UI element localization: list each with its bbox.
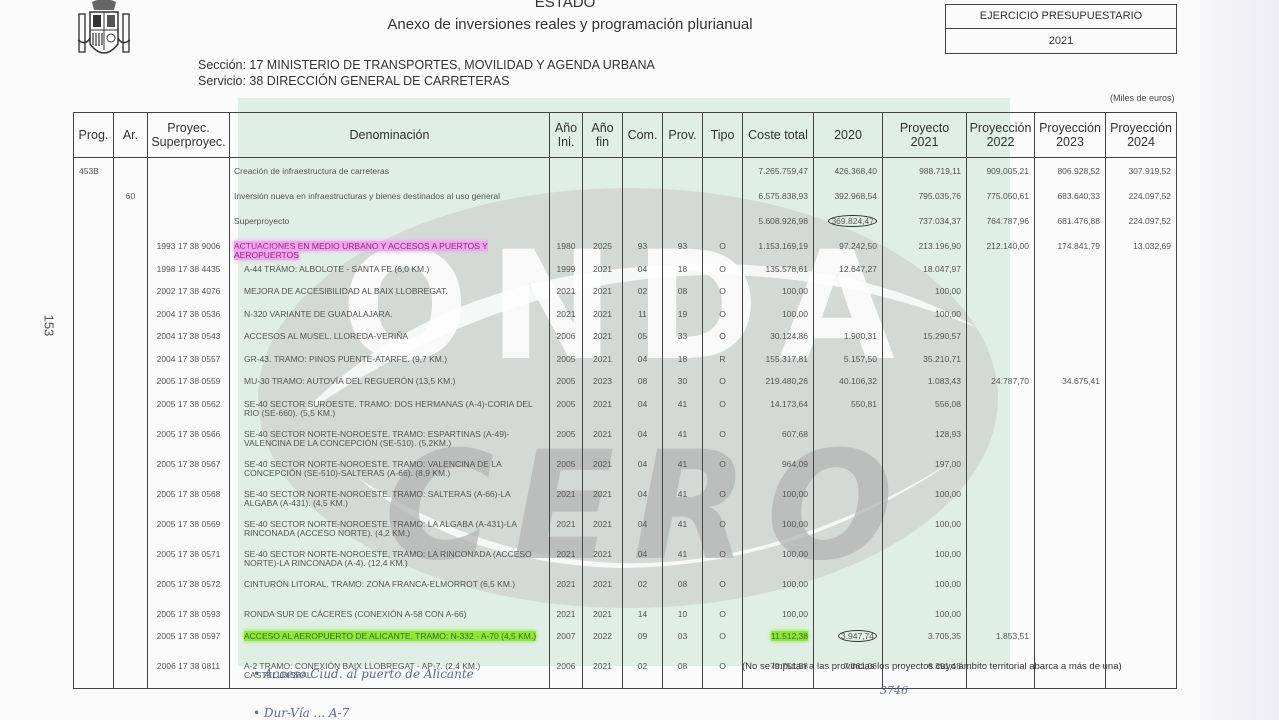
table-row: 2005 17 38 0566SE-40 SECTOR NORTE-NOROES… (74, 426, 1177, 456)
cell-com: 04 (623, 426, 663, 456)
value-prov: 41 (678, 519, 687, 529)
cell-proyec: 1993 17 38 9006 (148, 238, 230, 261)
cell-denom: SE-40 SECTOR NORTE-NOROESTE. TRAMO: LA R… (230, 546, 550, 576)
cell-p2022 (967, 283, 1035, 306)
cell-p2021: 128,93 (883, 426, 967, 456)
cell-fin: 2021 (583, 456, 623, 486)
cell-prov: 41 (663, 456, 703, 486)
cell-coste: 11.512,38 (743, 628, 814, 658)
cell-denom: MU-30 TRAMO: AUTOVÍA DEL REGUERÓN (13,5 … (230, 373, 550, 396)
cell-com: 04 (623, 351, 663, 374)
value-tipo: O (719, 399, 726, 409)
value-p2022: 775.050,61 (986, 191, 1029, 201)
cell-prog (74, 306, 114, 329)
cell-prov: 41 (663, 516, 703, 546)
cell-p2021: 100,00 (883, 606, 967, 629)
cell-ini (550, 158, 583, 189)
value-tipo: O (719, 376, 726, 386)
value-y2020: 392.968,54 (834, 191, 877, 201)
col-proyeccion-2023: Proyección2023 (1035, 113, 1106, 158)
cell-tipo: O (703, 606, 743, 629)
cell-y2020: 392.968,54 (814, 188, 883, 213)
denominacion-text: MU-30 TRAMO: AUTOVÍA DEL REGUERÓN (13,5 … (244, 376, 455, 386)
cell-fin (583, 213, 623, 238)
value-com: 04 (638, 519, 647, 529)
cell-prog (74, 606, 114, 629)
cell-denom: SE-40 SECTOR NORTE-NOROESTE. TRAMO: LA A… (230, 516, 550, 546)
value-com: 05 (638, 331, 647, 341)
value-coste: 6.575.838,93 (758, 191, 808, 201)
value-tipo: O (719, 609, 726, 619)
cell-proyec: 2005 17 38 0593 (148, 606, 230, 629)
investment-table: Prog. Ar. Proyec.Superproyec. Denominaci… (73, 112, 1177, 689)
cell-p2022 (967, 328, 1035, 351)
value-prov: 18 (678, 264, 687, 274)
cell-tipo: R (703, 351, 743, 374)
value-proyec: 2005 17 38 0597 (157, 631, 221, 641)
cell-prog (74, 426, 114, 456)
cell-proyec: 2004 17 38 0536 (148, 306, 230, 329)
cell-ini: 2021 (550, 486, 583, 516)
handwritten-note-3: 3746 (880, 684, 908, 697)
value-coste: 155.317,81 (765, 354, 808, 364)
table-row: 60Inversión nueva en infraestructuras y … (74, 188, 1177, 213)
cell-y2020: 550,81 (814, 396, 883, 426)
cell-p2023 (1035, 283, 1106, 306)
cell-fin: 2021 (583, 328, 623, 351)
value-com: 02 (638, 579, 647, 589)
value-p2024: 224.097,52 (1128, 216, 1171, 226)
cell-fin: 2021 (583, 546, 623, 576)
value-fin: 2021 (593, 331, 612, 341)
value-p2022: 24.787,70 (991, 376, 1029, 386)
cell-fin: 2021 (583, 576, 623, 606)
value-fin: 2021 (593, 459, 612, 469)
cell-ar: 60 (114, 188, 148, 213)
cell-ini: 2006 (550, 328, 583, 351)
value-coste: 100,00 (782, 549, 808, 559)
cell-ar (114, 516, 148, 546)
cell-p2022: 909.005,21 (967, 158, 1035, 189)
cell-com: 02 (623, 576, 663, 606)
table-row: 2004 17 38 0543ACCESOS AL MUSEL. LLOREDA… (74, 328, 1177, 351)
cell-p2022 (967, 516, 1035, 546)
denominacion-text: SE-40 SECTOR NORTE-NOROESTE. TRAMO: VALE… (244, 459, 501, 478)
cell-proyec: 2004 17 38 0543 (148, 328, 230, 351)
value-ini: 2007 (557, 631, 576, 641)
cell-denom: N-320 VARIANTE DE GUADALAJARA. (230, 306, 550, 329)
cell-p2021: 15.290,57 (883, 328, 967, 351)
denominacion-text: SE-40 SECTOR NORTE-NOROESTE. TRAMO: LA A… (244, 519, 517, 538)
value-proyec: 2006 17 38 0811 (157, 661, 220, 671)
cell-ini: 2021 (550, 606, 583, 629)
cell-ini: 2005 (550, 456, 583, 486)
cell-prog (74, 396, 114, 426)
value-coste: 100,00 (782, 519, 808, 529)
cell-p2023 (1035, 306, 1106, 329)
cell-com: 02 (623, 283, 663, 306)
cell-tipo: O (703, 373, 743, 396)
value-prov: 93 (678, 241, 687, 251)
value-coste: 100,00 (782, 286, 808, 296)
cell-ar (114, 606, 148, 629)
value-tipo: O (719, 579, 726, 589)
value-com: 04 (638, 429, 647, 439)
cell-p2021: 213.196,90 (883, 238, 967, 261)
cell-prog: 453B (74, 158, 114, 189)
cell-coste: 30.124,86 (743, 328, 814, 351)
cell-ar (114, 283, 148, 306)
cell-p2024: 224.097,52 (1106, 188, 1177, 213)
cell-ar (114, 306, 148, 329)
seccion-line: Sección: 17 MINISTERIO DE TRANSPORTES, M… (198, 58, 655, 72)
value-ini: 2006 (557, 661, 576, 671)
cell-ar (114, 628, 148, 658)
value-p2023: 683.640,33 (1057, 191, 1100, 201)
cell-ar (114, 261, 148, 284)
value-coste: 219.480,26 (765, 376, 808, 386)
table-row: 2005 17 38 0572CINTURÓN LITORAL. TRAMO: … (74, 576, 1177, 606)
cell-tipo (703, 188, 743, 213)
cell-proyec: 1998 17 38 4435 (148, 261, 230, 284)
cell-tipo: O (703, 283, 743, 306)
cell-prov: 41 (663, 546, 703, 576)
value-p2024: 13.032,69 (1133, 241, 1171, 251)
cell-prog (74, 213, 114, 238)
value-com: 04 (638, 399, 647, 409)
cell-proyec: 2005 17 38 0566 (148, 426, 230, 456)
cell-denom: SE-40 SECTOR SUROESTE. TRAMO: DOS HERMAN… (230, 396, 550, 426)
value-p2021: 128,93 (935, 429, 961, 439)
value-ini: 2021 (557, 309, 576, 319)
value-p2023: 174.841,79 (1057, 241, 1100, 251)
value-fin: 2023 (593, 376, 612, 386)
cell-fin: 2022 (583, 628, 623, 658)
handwritten-note-1: • Acceso Ciud. al puerto de Alicante (253, 667, 474, 681)
value-coste: 30.124,86 (770, 331, 808, 341)
cell-com: 04 (623, 261, 663, 284)
value-tipo: O (719, 519, 726, 529)
value-p2024: 224.097,52 (1128, 191, 1171, 201)
cell-denom: A-44 TRAMO: ALBOLOTE - SANTA FE (6,0 KM.… (230, 261, 550, 284)
cell-prog (74, 628, 114, 658)
cell-coste: 100,00 (743, 283, 814, 306)
cell-p2022 (967, 306, 1035, 329)
value-com: 93 (638, 241, 647, 251)
value-proyec: 1998 17 38 4435 (157, 264, 221, 274)
cell-prov: 93 (663, 238, 703, 261)
cell-p2021: 737.034,37 (883, 213, 967, 238)
cell-p2023: 34.675,41 (1035, 373, 1106, 396)
cell-tipo (703, 158, 743, 189)
table-row: 2005 17 38 0593RONDA SUR DE CÁCERES (CON… (74, 606, 1177, 629)
cell-ini: 1980 (550, 238, 583, 261)
value-coste: 1.153.169,19 (758, 241, 808, 251)
cell-ini (550, 213, 583, 238)
value-proyec: 2005 17 38 0571 (157, 549, 221, 559)
denominacion-text: GR-43. TRAMO: PINOS PUENTE-ATARFE. (9,7 … (244, 354, 447, 364)
value-com: 08 (638, 376, 647, 386)
cell-fin: 2021 (583, 396, 623, 426)
value-fin: 2021 (593, 519, 612, 529)
value-prov: 33 (678, 331, 687, 341)
cell-tipo: O (703, 546, 743, 576)
value-proyec: 2004 17 38 0536 (157, 309, 221, 319)
value-coste: 607,68 (782, 429, 808, 439)
value-p2021: 100,00 (935, 489, 961, 499)
value-ini: 2005 (557, 429, 576, 439)
ejercicio-year: 2021 (946, 29, 1176, 53)
cell-p2021: 3.705,35 (883, 628, 967, 658)
cell-com: 04 (623, 396, 663, 426)
value-fin: 2021 (593, 264, 612, 274)
cell-fin: 2025 (583, 238, 623, 261)
cell-p2023: 174.841,79 (1035, 238, 1106, 261)
cell-p2022 (967, 261, 1035, 284)
value-p2021: 3.705,35 (928, 631, 961, 641)
cell-y2020 (814, 606, 883, 629)
cell-p2023 (1035, 351, 1106, 374)
cell-fin: 2021 (583, 283, 623, 306)
value-proyec: 2005 17 38 0562 (157, 399, 221, 409)
cell-denom: SE-40 SECTOR NORTE-NOROESTE. TRAMO: VALE… (230, 456, 550, 486)
cell-proyec (148, 188, 230, 213)
value-y2020: 369.824,47 (828, 215, 877, 227)
cell-proyec: 2005 17 38 0559 (148, 373, 230, 396)
value-coste: 100,00 (782, 579, 808, 589)
cell-tipo: O (703, 238, 743, 261)
cell-tipo: O (703, 306, 743, 329)
cell-ar (114, 238, 148, 261)
cell-com: 05 (623, 328, 663, 351)
cell-p2024 (1106, 576, 1177, 606)
denominacion-text: MEJORA DE ACCESIBILIDAD AL BAIX LLOBREGA… (244, 286, 448, 296)
value-ini: 2005 (557, 399, 576, 409)
value-prov: 41 (678, 429, 687, 439)
cell-fin: 2021 (583, 306, 623, 329)
table-body: 453BCreación de infraestructura de carre… (74, 158, 1177, 689)
col-tipo: Tipo (703, 113, 743, 158)
cell-coste: 1.153.169,19 (743, 238, 814, 261)
value-com: 04 (638, 549, 647, 559)
cell-p2022 (967, 426, 1035, 456)
value-p2022: 212.140,00 (986, 241, 1029, 251)
cell-p2021: 100,00 (883, 516, 967, 546)
value-fin: 2021 (593, 399, 612, 409)
value-prov: 19 (678, 309, 687, 319)
cell-proyec (148, 213, 230, 238)
table-row: 2005 17 38 0559MU-30 TRAMO: AUTOVÍA DEL … (74, 373, 1177, 396)
cell-coste: 100,00 (743, 516, 814, 546)
cell-p2024 (1106, 261, 1177, 284)
table-row: 453BCreación de infraestructura de carre… (74, 158, 1177, 189)
col-anio-ini: AñoIni. (550, 113, 583, 158)
value-prov: 41 (678, 549, 687, 559)
cell-proyec: 2005 17 38 0562 (148, 396, 230, 426)
cell-p2024 (1106, 328, 1177, 351)
cell-p2021: 556,08 (883, 396, 967, 426)
cell-coste: 607,68 (743, 426, 814, 456)
value-p2021: 35.210,71 (923, 354, 961, 364)
value-fin: 2021 (593, 549, 612, 559)
ejercicio-label: EJERCICIO PRESUPUESTARIO (946, 5, 1176, 29)
cell-prog (74, 351, 114, 374)
cell-tipo (703, 213, 743, 238)
value-p2021: 100,00 (935, 286, 961, 296)
value-p2023: 34.675,41 (1062, 376, 1100, 386)
cell-prov: 41 (663, 396, 703, 426)
cell-coste: 100,00 (743, 486, 814, 516)
cell-prog (74, 188, 114, 213)
cell-prog (74, 546, 114, 576)
value-com: 02 (638, 286, 647, 296)
cell-p2023 (1035, 546, 1106, 576)
cell-tipo: O (703, 658, 743, 689)
cell-fin: 2023 (583, 373, 623, 396)
cell-coste: 5.608.926,98 (743, 213, 814, 238)
cell-prog (74, 328, 114, 351)
cell-com (623, 188, 663, 213)
table-row: 2005 17 38 0569SE-40 SECTOR NORTE-NOROES… (74, 516, 1177, 546)
table-row: 2002 17 38 4076MEJORA DE ACCESIBILIDAD A… (74, 283, 1177, 306)
value-proyec: 2005 17 38 0569 (157, 519, 221, 529)
cell-p2023: 806.928,52 (1035, 158, 1106, 189)
cell-ini (550, 188, 583, 213)
cell-p2022 (967, 486, 1035, 516)
cell-ar (114, 396, 148, 426)
cell-p2022: 764.787,96 (967, 213, 1035, 238)
cell-y2020 (814, 486, 883, 516)
cell-ini: 2021 (550, 283, 583, 306)
value-ini: 2021 (557, 549, 576, 559)
denominacion-text: ACTUACIONES EN MEDIO URBANO Y ACCESOS A … (234, 241, 488, 260)
cell-coste: 100,00 (743, 546, 814, 576)
value-p2022: 1.853,51 (996, 631, 1029, 641)
cell-prog (74, 238, 114, 261)
cell-y2020: 426.368,40 (814, 158, 883, 189)
cell-prov: 30 (663, 373, 703, 396)
value-p2021: 1.083,43 (928, 376, 961, 386)
cell-ini: 2007 (550, 628, 583, 658)
cell-com: 02 (623, 658, 663, 689)
value-p2024: 307.919,52 (1128, 166, 1171, 176)
cell-prov: 08 (663, 576, 703, 606)
cell-p2024 (1106, 486, 1177, 516)
cell-prog (74, 576, 114, 606)
cell-coste: 100,00 (743, 576, 814, 606)
cell-fin: 2021 (583, 426, 623, 456)
col-com: Com. (623, 113, 663, 158)
cell-denom: ACCESO AL AEROPUERTO DE ALICANTE. TRAMO:… (230, 628, 550, 658)
value-fin: 2021 (593, 661, 612, 671)
value-ini: 2005 (557, 376, 576, 386)
cell-p2024 (1106, 426, 1177, 456)
value-p2021: 988.719,11 (919, 166, 961, 176)
value-tipo: O (719, 459, 726, 469)
value-ini: 2005 (557, 354, 576, 364)
cell-p2021: 18.047,97 (883, 261, 967, 284)
cell-p2023 (1035, 576, 1106, 606)
cell-y2020 (814, 516, 883, 546)
cell-ini: 2005 (550, 351, 583, 374)
cell-ini: 1999 (550, 261, 583, 284)
value-prov: 03 (678, 631, 687, 641)
denominacion-text: Superproyecto (234, 216, 289, 226)
cell-y2020: 40.106,32 (814, 373, 883, 396)
cell-fin: 2021 (583, 516, 623, 546)
cell-p2022 (967, 606, 1035, 629)
col-proyeccion-2022: Proyección2022 (967, 113, 1035, 158)
value-p2021: 213.196,90 (918, 241, 961, 251)
value-coste: 100,00 (782, 609, 808, 619)
cell-p2023 (1035, 628, 1106, 658)
cell-p2022: 24.787,70 (967, 373, 1035, 396)
denominacion-text: RONDA SUR DE CÁCERES (CONEXIÓN A-58 CON … (244, 609, 466, 619)
value-y2020: 550,81 (851, 399, 877, 409)
value-prov: 08 (678, 579, 687, 589)
cell-fin (583, 158, 623, 189)
table-row: 2005 17 38 0571SE-40 SECTOR NORTE-NOROES… (74, 546, 1177, 576)
value-tipo: O (719, 241, 726, 251)
col-denominacion: Denominación (230, 113, 550, 158)
cell-ar (114, 456, 148, 486)
page-edge-shadow (1200, 0, 1279, 720)
cell-proyec: 2002 17 38 4076 (148, 283, 230, 306)
cell-coste: 135.578,61 (743, 261, 814, 284)
value-fin: 2025 (593, 241, 612, 251)
denominacion-text: SE-40 SECTOR SUROESTE. TRAMO: DOS HERMAN… (244, 399, 532, 418)
cell-p2022 (967, 546, 1035, 576)
value-p2021: 100,00 (935, 309, 961, 319)
cell-coste: 155.317,81 (743, 351, 814, 374)
cell-p2021: 35.210,71 (883, 351, 967, 374)
units-note: (Miles de euros) (1110, 93, 1175, 103)
cell-tipo: O (703, 456, 743, 486)
cell-p2021: 100,00 (883, 306, 967, 329)
value-p2021: 556,08 (935, 399, 961, 409)
value-com: 04 (638, 264, 647, 274)
table-row: 2005 17 38 0562SE-40 SECTOR SUROESTE. TR… (74, 396, 1177, 426)
value-y2020: 5.157,50 (844, 354, 877, 364)
cell-denom: GR-43. TRAMO: PINOS PUENTE-ATARFE. (9,7 … (230, 351, 550, 374)
cell-proyec: 2006 17 38 0811 (148, 658, 230, 689)
cell-p2024 (1106, 606, 1177, 629)
value-prov: 41 (678, 399, 687, 409)
cell-denom: CINTURÓN LITORAL. TRAMO: ZONA FRANCA-ELM… (230, 576, 550, 606)
cell-coste: 7.265.759,47 (743, 158, 814, 189)
value-proyec: 2005 17 38 0572 (157, 579, 221, 589)
value-com: 02 (638, 661, 647, 671)
col-ar: Ar. (114, 113, 148, 158)
value-p2021: 197,00 (935, 459, 961, 469)
value-tipo: O (719, 286, 726, 296)
cell-ar (114, 658, 148, 689)
cell-prov: 10 (663, 606, 703, 629)
value-fin: 2022 (593, 631, 612, 641)
col-2020: 2020 (814, 113, 883, 158)
cell-com: 08 (623, 373, 663, 396)
value-ini: 1980 (557, 241, 576, 251)
cell-denom: Creación de infraestructura de carretera… (230, 158, 550, 189)
cell-prog (74, 456, 114, 486)
value-ini: 2021 (557, 579, 576, 589)
cell-p2024 (1106, 283, 1177, 306)
cell-coste: 100,00 (743, 306, 814, 329)
col-coste-total: Coste total (743, 113, 814, 158)
value-ini: 2021 (557, 519, 576, 529)
cell-y2020: 369.824,47 (814, 213, 883, 238)
cell-proyec: 2005 17 38 0597 (148, 628, 230, 658)
